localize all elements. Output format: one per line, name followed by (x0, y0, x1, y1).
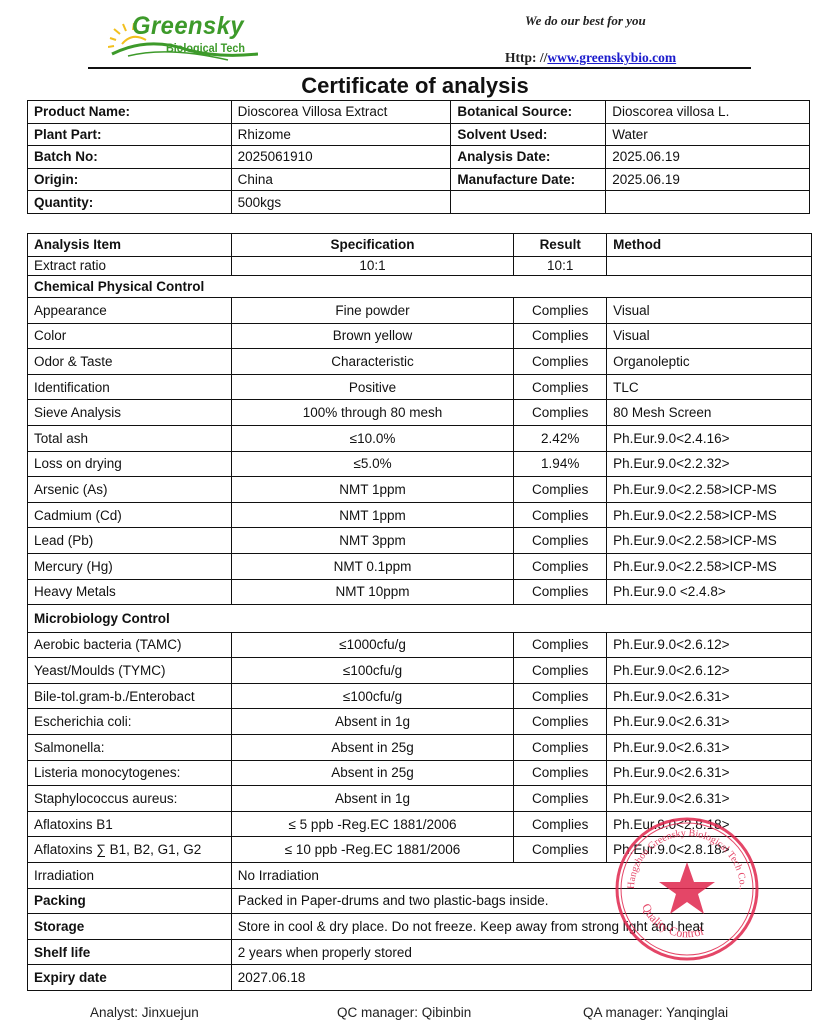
table-row: Sieve Analysis100% through 80 meshCompli… (28, 400, 812, 426)
result-cell: Complies (514, 477, 607, 503)
extra-label: Packing (28, 888, 232, 914)
info-value: Dioscorea villosa L. (606, 101, 810, 124)
column-header-specification: Specification (231, 234, 513, 257)
result-cell: Complies (514, 786, 607, 812)
result-cell: Complies (514, 323, 607, 349)
item-cell: Lead (Pb) (28, 528, 232, 554)
http-prefix: Http: // (505, 50, 547, 65)
result-cell: 1.94% (514, 451, 607, 477)
spec-cell: ≤ 5 ppb -Reg.EC 1881/2006 (231, 811, 513, 837)
info-row: Quantity:500kgs (28, 191, 810, 214)
item-cell: Identification (28, 374, 232, 400)
table-row: Lead (Pb)NMT 3ppmCompliesPh.Eur.9.0<2.2.… (28, 528, 812, 554)
info-row: Plant Part:RhizomeSolvent Used:Water (28, 123, 810, 146)
extra-row: StorageStore in cool & dry place. Do not… (28, 914, 812, 940)
item-cell: Listeria monocytogenes: (28, 760, 232, 786)
result-cell: Complies (514, 349, 607, 375)
result-cell: Complies (514, 658, 607, 684)
spec-cell: Fine powder (231, 298, 513, 324)
method-cell: Visual (607, 323, 812, 349)
spec-cell: Absent in 25g (231, 735, 513, 761)
method-cell: Visual (607, 298, 812, 324)
method-cell: Ph.Eur.9.0<2.2.32> (607, 451, 812, 477)
section-title: Microbiology Control (28, 605, 812, 633)
result-cell: Complies (514, 400, 607, 426)
info-value: 2025061910 (231, 146, 451, 169)
table-row: IdentificationPositiveCompliesTLC (28, 374, 812, 400)
info-label: Plant Part: (28, 123, 232, 146)
table-row: Odor & TasteCharacteristicCompliesOrgano… (28, 349, 812, 375)
result-cell: Complies (514, 760, 607, 786)
info-label: Quantity: (28, 191, 232, 214)
logo-brand: Greensky (132, 12, 244, 41)
spec-cell: 10:1 (231, 256, 513, 276)
info-row: Product Name:Dioscorea Villosa ExtractBo… (28, 101, 810, 124)
spec-cell: NMT 0.1ppm (231, 553, 513, 579)
spec-cell: Absent in 1g (231, 786, 513, 812)
result-cell: Complies (514, 298, 607, 324)
info-value (606, 191, 810, 214)
item-cell: Sieve Analysis (28, 400, 232, 426)
item-cell: Extract ratio (28, 256, 232, 276)
method-cell (607, 256, 812, 276)
product-info-table: Product Name:Dioscorea Villosa ExtractBo… (27, 100, 810, 214)
spec-cell: ≤100cfu/g (231, 683, 513, 709)
result-cell: Complies (514, 735, 607, 761)
result-cell: Complies (514, 632, 607, 658)
item-cell: Appearance (28, 298, 232, 324)
item-cell: Aerobic bacteria (TAMC) (28, 632, 232, 658)
extra-value: No Irradiation (231, 862, 811, 888)
method-cell: Ph.Eur.9.0<2.6.31> (607, 760, 812, 786)
item-cell: Heavy Metals (28, 579, 232, 605)
method-cell: Ph.Eur.9.0<2.2.58>ICP-MS (607, 502, 812, 528)
table-row: Arsenic (As)NMT 1ppmCompliesPh.Eur.9.0<2… (28, 477, 812, 503)
info-label (451, 191, 606, 214)
spec-cell: ≤10.0% (231, 425, 513, 451)
item-cell: Yeast/Moulds (TYMC) (28, 658, 232, 684)
table-row: Aerobic bacteria (TAMC)≤1000cfu/gComplie… (28, 632, 812, 658)
table-row: Staphylococcus aureus:Absent in 1gCompli… (28, 786, 812, 812)
item-cell: Total ash (28, 425, 232, 451)
spec-cell: NMT 10ppm (231, 579, 513, 605)
info-value: Water (606, 123, 810, 146)
analysis-table: Analysis Item Specification Result Metho… (27, 233, 812, 991)
table-row: Escherichia coli:Absent in 1gCompliesPh.… (28, 709, 812, 735)
spec-cell: NMT 1ppm (231, 477, 513, 503)
result-cell: Complies (514, 528, 607, 554)
method-cell: Ph.Eur.9.0<2.2.58>ICP-MS (607, 553, 812, 579)
table-row: Cadmium (Cd)NMT 1ppmCompliesPh.Eur.9.0<2… (28, 502, 812, 528)
info-label: Manufacture Date: (451, 168, 606, 191)
info-value: 500kgs (231, 191, 451, 214)
method-cell: Ph.Eur.9.0<2.6.31> (607, 709, 812, 735)
extra-label: Storage (28, 914, 232, 940)
info-value: 2025.06.19 (606, 146, 810, 169)
info-value: Dioscorea Villosa Extract (231, 101, 451, 124)
section-header-row: Microbiology Control (28, 605, 812, 633)
result-cell: Complies (514, 374, 607, 400)
item-cell: Arsenic (As) (28, 477, 232, 503)
qa-manager-signature: QA manager: Yanqinglai (583, 1005, 728, 1020)
method-cell: Ph.Eur.9.0<2.2.58>ICP-MS (607, 477, 812, 503)
info-row: Batch No:2025061910Analysis Date:2025.06… (28, 146, 810, 169)
spec-cell: NMT 1ppm (231, 502, 513, 528)
result-cell: Complies (514, 683, 607, 709)
item-cell: Salmonella: (28, 735, 232, 761)
extra-label: Irradiation (28, 862, 232, 888)
method-cell: Organoleptic (607, 349, 812, 375)
table-row: Aflatoxins ∑ B1, B2, G1, G2≤ 10 ppb -Reg… (28, 837, 812, 863)
table-row: AppearanceFine powderCompliesVisual (28, 298, 812, 324)
extra-row: IrradiationNo Irradiation (28, 862, 812, 888)
extra-value: Packed in Paper-drums and two plastic-ba… (231, 888, 811, 914)
table-row: Bile-tol.gram-b./Enterobact≤100cfu/gComp… (28, 683, 812, 709)
result-cell: Complies (514, 502, 607, 528)
method-cell: TLC (607, 374, 812, 400)
header-divider (88, 67, 751, 69)
extra-value: 2 years when properly stored (231, 939, 811, 965)
info-label: Analysis Date: (451, 146, 606, 169)
table-row-extract-ratio: Extract ratio 10:1 10:1 (28, 256, 812, 276)
table-row: Aflatoxins B1≤ 5 ppb -Reg.EC 1881/2006Co… (28, 811, 812, 837)
spec-cell: Brown yellow (231, 323, 513, 349)
result-cell: Complies (514, 837, 607, 863)
spec-cell: 100% through 80 mesh (231, 400, 513, 426)
item-cell: Staphylococcus aureus: (28, 786, 232, 812)
table-row: Mercury (Hg)NMT 0.1ppmCompliesPh.Eur.9.0… (28, 553, 812, 579)
item-cell: Cadmium (Cd) (28, 502, 232, 528)
slogan: We do our best for you (525, 13, 646, 29)
logo-subtitle: Biological Tech (166, 41, 245, 55)
method-cell: Ph.Eur.9.0<2.6.31> (607, 735, 812, 761)
table-row: Salmonella:Absent in 25gCompliesPh.Eur.9… (28, 735, 812, 761)
spec-cell: ≤1000cfu/g (231, 632, 513, 658)
extra-label: Expiry date (28, 965, 232, 991)
table-row: ColorBrown yellowCompliesVisual (28, 323, 812, 349)
extra-label: Shelf life (28, 939, 232, 965)
result-cell: Complies (514, 553, 607, 579)
result-cell: 10:1 (514, 256, 607, 276)
item-cell: Aflatoxins ∑ B1, B2, G1, G2 (28, 837, 232, 863)
extra-row: PackingPacked in Paper-drums and two pla… (28, 888, 812, 914)
item-cell: Loss on drying (28, 451, 232, 477)
spec-cell: Absent in 1g (231, 709, 513, 735)
method-cell: Ph.Eur.9.0<2.8.18> (607, 837, 812, 863)
table-row: Total ash≤10.0%2.42%Ph.Eur.9.0<2.4.16> (28, 425, 812, 451)
method-cell: Ph.Eur.9.0 <2.4.8> (607, 579, 812, 605)
method-cell: Ph.Eur.9.0<2.2.58>ICP-MS (607, 528, 812, 554)
info-value: 2025.06.19 (606, 168, 810, 191)
info-value: Rhizome (231, 123, 451, 146)
extra-row: Expiry date2027.06.18 (28, 965, 812, 991)
item-cell: Color (28, 323, 232, 349)
item-cell: Odor & Taste (28, 349, 232, 375)
table-row: Yeast/Moulds (TYMC)≤100cfu/gCompliesPh.E… (28, 658, 812, 684)
section-header-row: Chemical Physical Control (28, 276, 812, 298)
result-cell: Complies (514, 579, 607, 605)
column-header-method: Method (607, 234, 812, 257)
info-label: Batch No: (28, 146, 232, 169)
item-cell: Bile-tol.gram-b./Enterobact (28, 683, 232, 709)
info-row: Origin:ChinaManufacture Date:2025.06.19 (28, 168, 810, 191)
info-label: Origin: (28, 168, 232, 191)
item-cell: Escherichia coli: (28, 709, 232, 735)
result-cell: Complies (514, 709, 607, 735)
method-cell: 80 Mesh Screen (607, 400, 812, 426)
info-label: Botanical Source: (451, 101, 606, 124)
spec-cell: Characteristic (231, 349, 513, 375)
method-cell: Ph.Eur.9.0<2.6.12> (607, 632, 812, 658)
method-cell: Ph.Eur.9.0<2.8.18> (607, 811, 812, 837)
page-title: Certificate of analysis (0, 73, 790, 99)
section-title: Chemical Physical Control (28, 276, 812, 298)
spec-cell: ≤100cfu/g (231, 658, 513, 684)
spec-cell: Absent in 25g (231, 760, 513, 786)
table-row: Loss on drying≤5.0%1.94%Ph.Eur.9.0<2.2.3… (28, 451, 812, 477)
info-label: Solvent Used: (451, 123, 606, 146)
result-cell: Complies (514, 811, 607, 837)
spec-cell: NMT 3ppm (231, 528, 513, 554)
spec-cell: Positive (231, 374, 513, 400)
table-header-row: Analysis Item Specification Result Metho… (28, 234, 812, 257)
method-cell: Ph.Eur.9.0<2.6.31> (607, 683, 812, 709)
spec-cell: ≤5.0% (231, 451, 513, 477)
item-cell: Mercury (Hg) (28, 553, 232, 579)
table-row: Listeria monocytogenes:Absent in 25gComp… (28, 760, 812, 786)
method-cell: Ph.Eur.9.0<2.6.12> (607, 658, 812, 684)
spec-cell: ≤ 10 ppb -Reg.EC 1881/2006 (231, 837, 513, 863)
info-value: China (231, 168, 451, 191)
column-header-result: Result (514, 234, 607, 257)
info-label: Product Name: (28, 101, 232, 124)
method-cell: Ph.Eur.9.0<2.6.31> (607, 786, 812, 812)
analyst-signature: Analyst: Jinxuejun (90, 1005, 199, 1020)
table-row: Heavy MetalsNMT 10ppmCompliesPh.Eur.9.0 … (28, 579, 812, 605)
method-cell: Ph.Eur.9.0<2.4.16> (607, 425, 812, 451)
extra-value: 2027.06.18 (231, 965, 811, 991)
website-line: Http: //www.greenskybio.com (505, 50, 676, 66)
result-cell: 2.42% (514, 425, 607, 451)
extra-row: Shelf life2 years when properly stored (28, 939, 812, 965)
column-header-item: Analysis Item (28, 234, 232, 257)
website-link[interactable]: www.greenskybio.com (547, 50, 676, 65)
extra-value: Store in cool & dry place. Do not freeze… (231, 914, 811, 940)
item-cell: Aflatoxins B1 (28, 811, 232, 837)
company-logo: Greensky Biological Tech (108, 10, 258, 62)
qc-manager-signature: QC manager: Qibinbin (337, 1005, 471, 1020)
